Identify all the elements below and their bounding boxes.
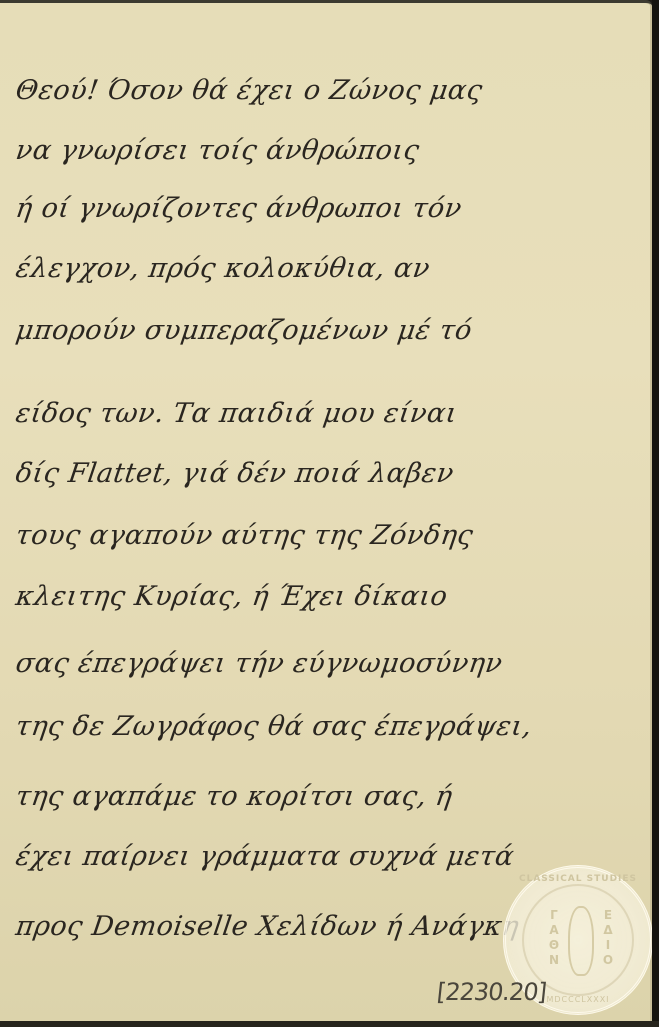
- letter-line-10: σας έπεγράψει τήν εύγνωμοσύνην: [14, 648, 505, 679]
- scan-border-bottom: [0, 1021, 659, 1027]
- stamp-top-text: CLASSICAL STUDIES: [506, 874, 650, 884]
- letter-line-7: δίς Flattet, γιά δέν ποιά λαβεν: [14, 458, 456, 489]
- letter-line-2: να γνωρίσει τοίς άνθρώποις: [14, 135, 422, 166]
- scan-border-right: [652, 0, 659, 1027]
- letter-line-14: προς Demoiselle Χελίδων ή Ανάγκη: [14, 911, 521, 942]
- letter-line-4: έλεγχον, πρός κολοκύθια, αν: [14, 253, 432, 284]
- letter-line-11: της δε Ζωγράφος θά σας έπεγράψει,: [14, 711, 534, 742]
- letter-line-8: τους αγαπούν αύτης της Ζόνδης: [14, 520, 475, 551]
- letter-line-13: έχει παίρνει γράμματα συχνά μετά: [14, 841, 516, 872]
- letter-line-3: ή οί γνωρίζοντες άνθρωποι τόν: [14, 193, 464, 224]
- vase-emblem-icon: [568, 906, 594, 976]
- stamp-right-letters: Ε Δ Ι Ο: [598, 908, 618, 968]
- letter-page: Θεού! Όσον θά έχει ο Ζώνος μας να γνωρίσ…: [0, 0, 652, 1024]
- letter-line-5: μπορούν συμπεραζομένων μέ τό: [14, 315, 474, 346]
- archive-reference-number: [2230.20]: [436, 978, 548, 1006]
- letter-line-1: Θεού! Όσον θά έχει ο Ζώνος μας: [14, 75, 485, 106]
- letter-line-9: κλειτης Κυρίας, ή Έχει δίκαιο: [14, 581, 450, 612]
- stamp-left-letters: Γ Α Θ Ν: [544, 908, 564, 968]
- letter-line-6: είδος των. Τα παιδιά μου είναι: [14, 398, 459, 429]
- letter-line-12: της αγαπάμε το κορίτσι σας, ή: [14, 781, 455, 812]
